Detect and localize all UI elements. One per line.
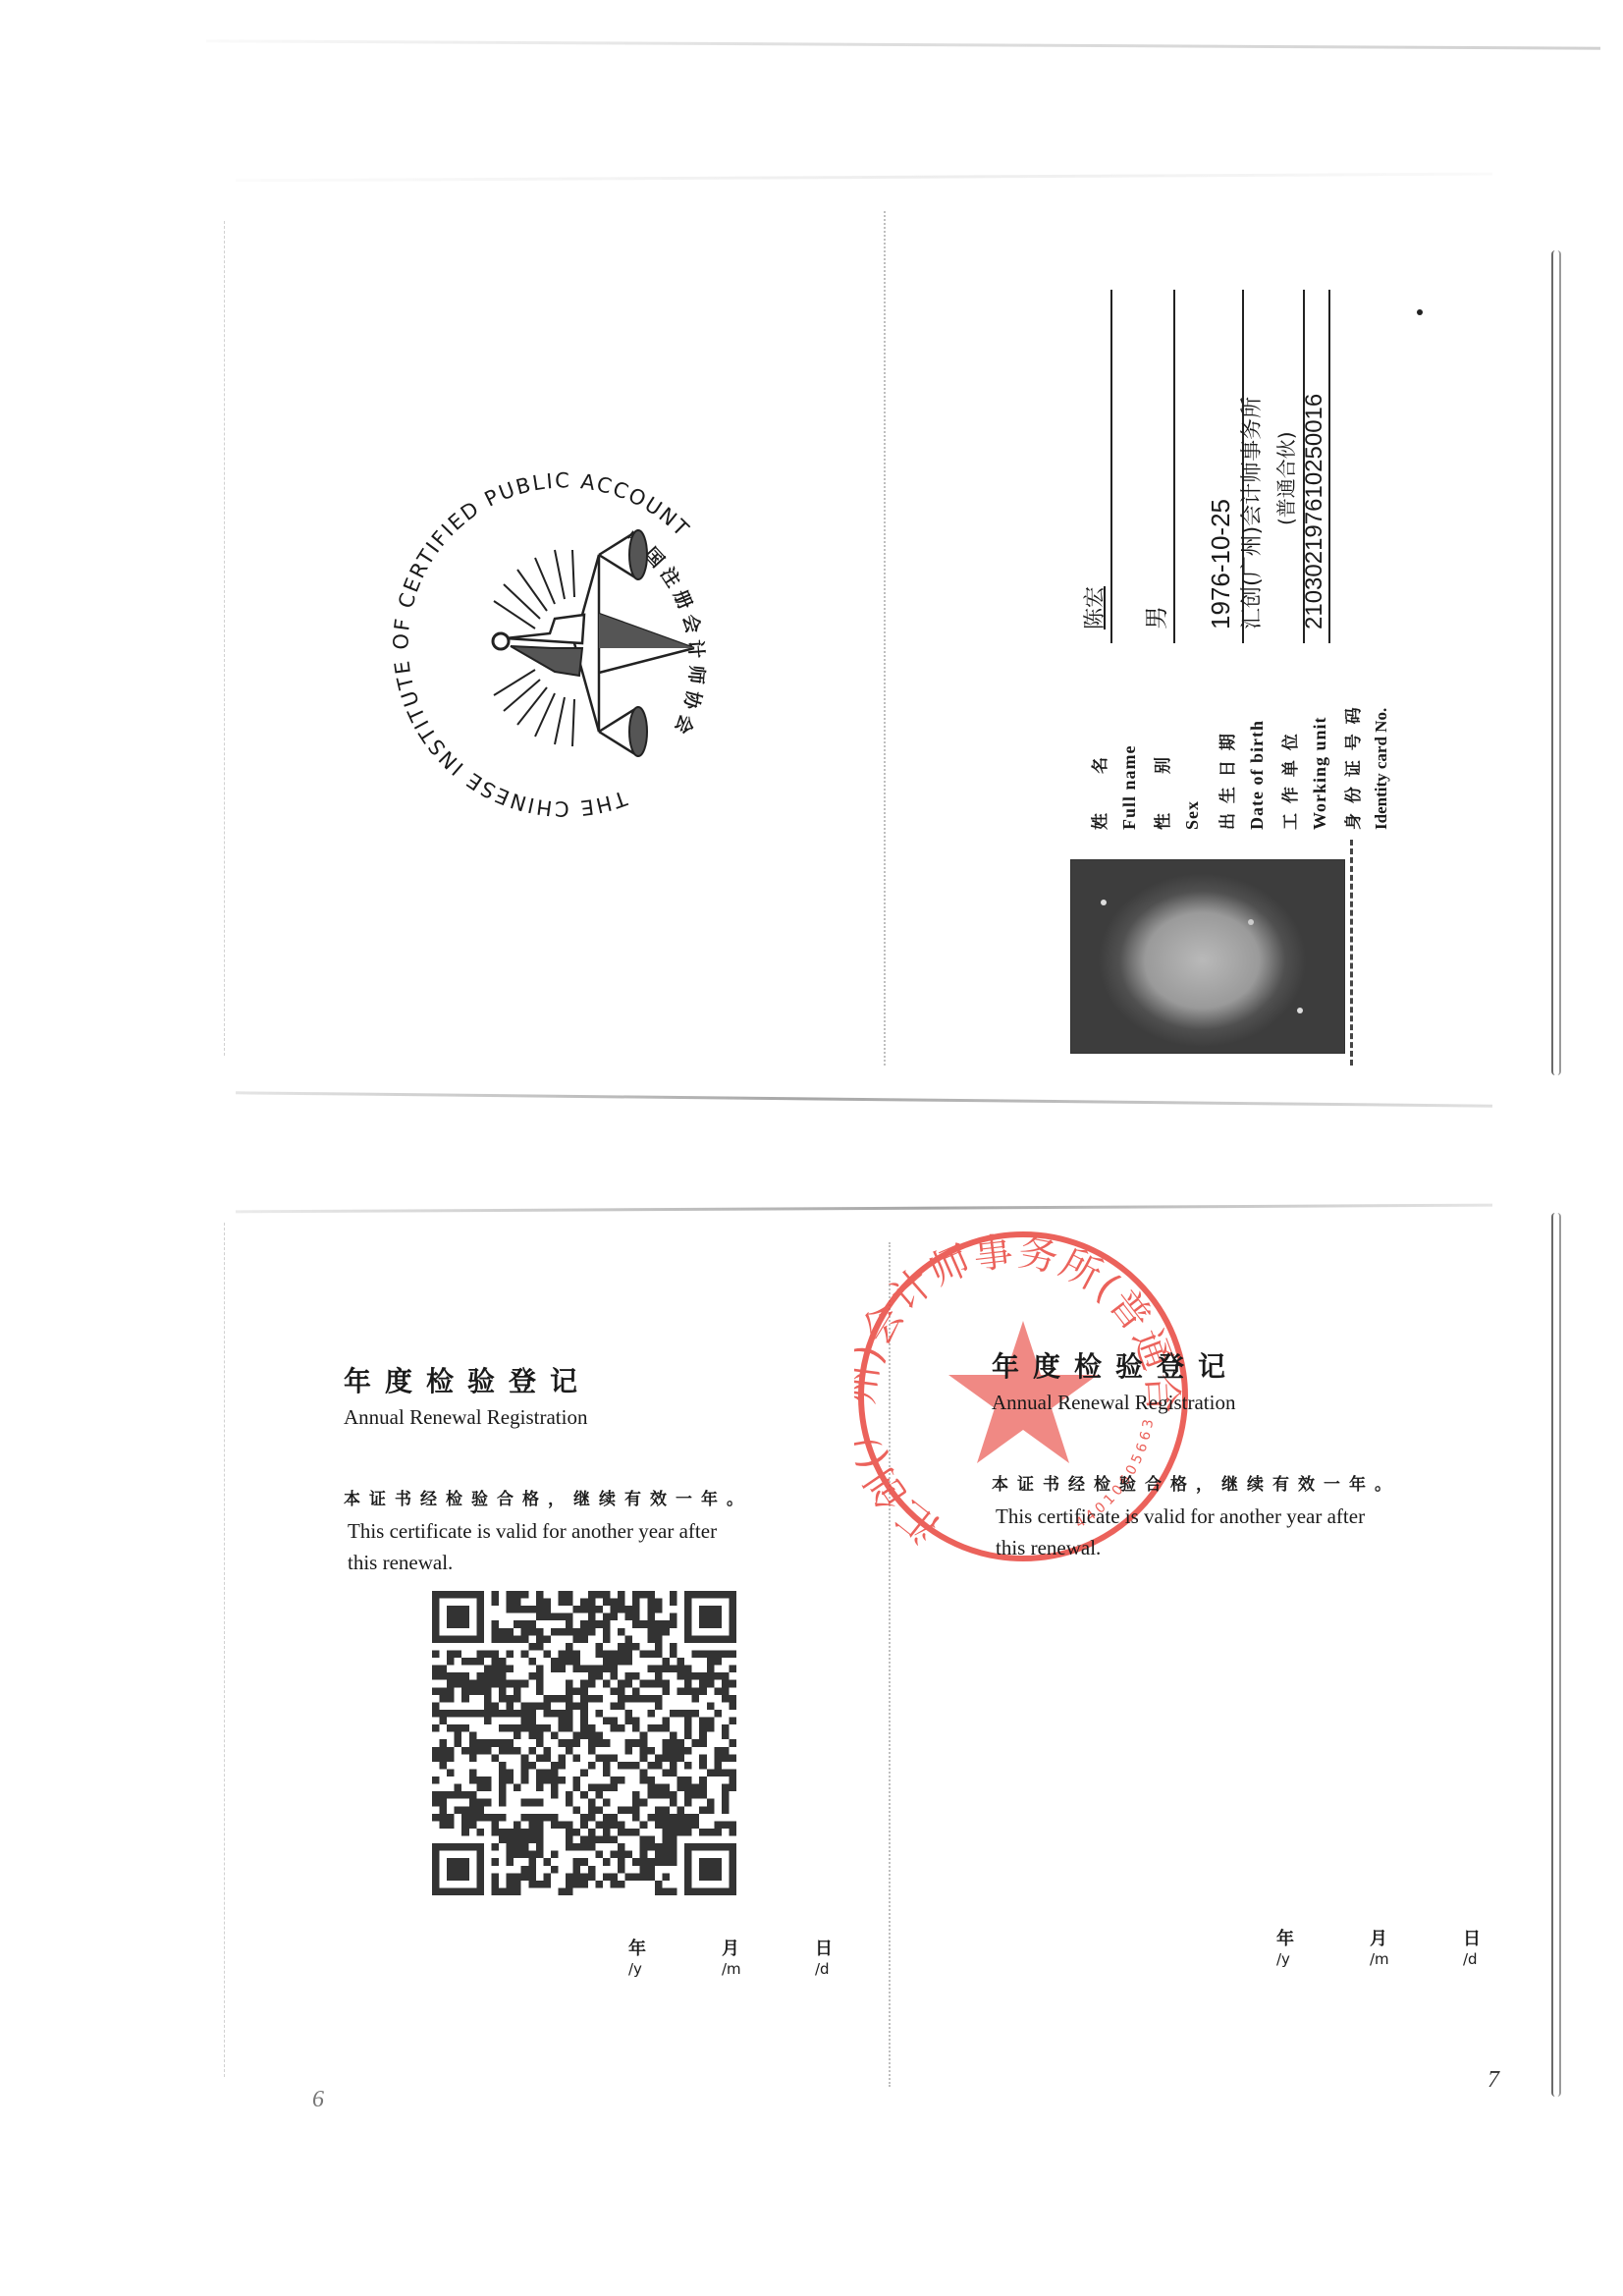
- page-edge: [236, 1091, 1492, 1107]
- photo-border: [1350, 840, 1353, 1066]
- certificate-spread-top: THE CHINESE INSTITUTE OF CERTIFIED PUBLI…: [236, 182, 1561, 1095]
- renewal-title-cn: 年度检验登记: [344, 1360, 893, 1399]
- renewal-date-right: 年/y 月/m 日/d: [1276, 1925, 1556, 1968]
- renewal-page-left: 年度检验登记 Annual Renewal Registration 本证书经检…: [344, 1360, 893, 1578]
- renewal-title-en: Annual Renewal Registration: [344, 1405, 893, 1430]
- cicpa-logo: THE CHINESE INSTITUTE OF CERTIFIED PUBLI…: [378, 452, 751, 825]
- page-edge: [224, 221, 227, 1056]
- page-number-right: 7: [1488, 2067, 1499, 2094]
- renewal-title-cn: 年度检验登记: [992, 1345, 1542, 1385]
- field-sex-en: Sex: [1167, 300, 1203, 830]
- page-number-left: 6: [312, 2087, 324, 2113]
- renewal-date-left: 年/y 月/m 日/d: [628, 1935, 908, 1978]
- working-unit-value: 汇创(广州)会计师事务所: [1235, 300, 1268, 643]
- scan-artifact-top: [206, 39, 1600, 49]
- renewal-title-en: Annual Renewal Registration: [992, 1391, 1542, 1415]
- renewal-page-right: 年度检验登记 Annual Renewal Registration 本证书经检…: [992, 1345, 1542, 1563]
- qr-code[interactable]: [432, 1591, 736, 1895]
- holder-photo: [1070, 859, 1345, 1054]
- fold-line: [884, 211, 886, 1066]
- scan-dot: [1417, 309, 1423, 315]
- renewal-body-en: This certificate is valid for another ye…: [344, 1515, 893, 1578]
- certificate-spread-bottom: 年度检验登记 Annual Renewal Registration 本证书经检…: [236, 1213, 1561, 2116]
- page-edge: [236, 173, 1492, 183]
- renewal-body-cn: 本证书经检验合格，继续有效一年。: [992, 1470, 1542, 1495]
- renewal-body-en: This certificate is valid for another ye…: [992, 1501, 1542, 1563]
- field-working-unit-en: Working unit 210302197610250016: [1295, 300, 1330, 830]
- field-dob-en: Date of birth 汇创(广州)会计师事务所: [1232, 300, 1268, 830]
- field-full-name-en: Full name: [1105, 300, 1140, 830]
- page-edge: [224, 1223, 227, 2077]
- page-edge: [236, 1204, 1492, 1214]
- page-edge: [1551, 250, 1561, 1075]
- identity-card-value: 210302197610250016: [1301, 300, 1330, 643]
- field-identity-en: Identity card No.: [1356, 300, 1391, 830]
- renewal-body-cn: 本证书经检验合格，继续有效一年。: [344, 1485, 893, 1509]
